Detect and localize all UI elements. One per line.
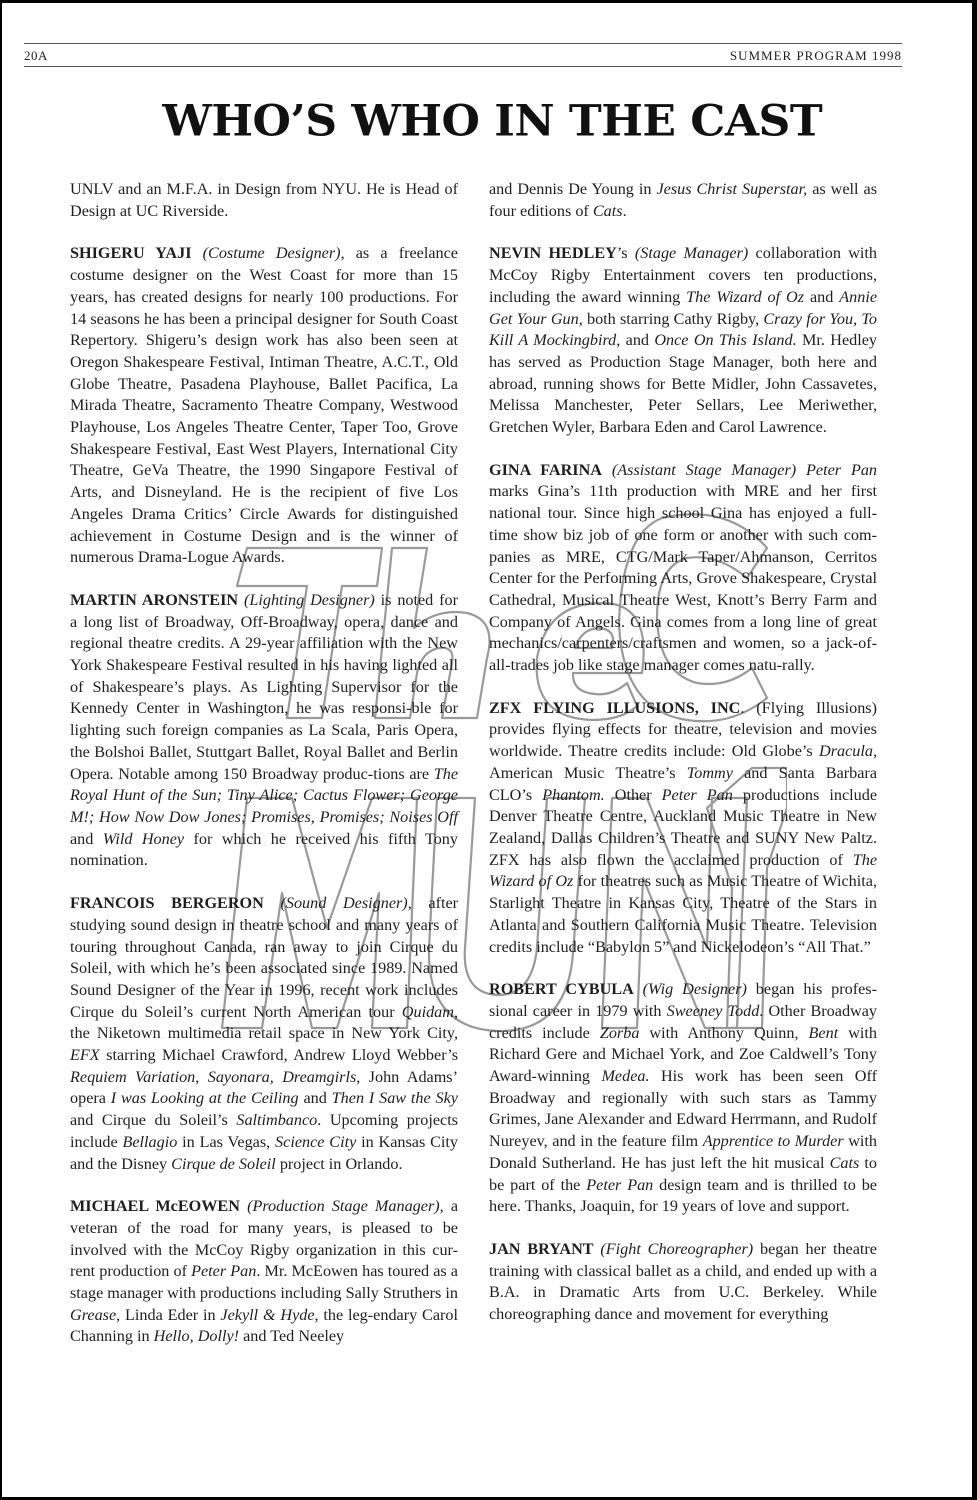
bio-martin-aronstein: MARTIN ARONSTEIN (Lighting Designer) is … — [70, 590, 458, 872]
bio-title-italic: I was Looking at the Ceiling — [111, 1089, 299, 1107]
bio-text: , both starring Cathy Rigby, — [579, 310, 764, 328]
bio-gina-farina: GINA FARINA (Assistant Stage Manager) Pe… — [489, 460, 877, 677]
bio-text: American Music Theatre’s — [489, 764, 687, 782]
bio-title-italic: Once On This Island. — [654, 331, 796, 349]
right-column: and Dennis De Young in Jesus Christ Supe… — [489, 179, 877, 1347]
bio-nevin-hedley: NEVIN HEDLEY’s (Stage Manager) collabora… — [489, 243, 877, 438]
bio-title-italic: Cirque de Soleil — [171, 1155, 276, 1173]
bio-role: (Lighting Designer) — [244, 591, 375, 609]
bio-role: . (Flying Illusions) — [740, 699, 877, 717]
bio-title-italic: Bellagio — [122, 1133, 177, 1151]
bio-shigeru-yaji: SHIGERU YAJI (Costume Designer), as a fr… — [70, 243, 458, 569]
bio-title-italic: Saltimbanco — [236, 1111, 317, 1129]
bio-name: ZFX FLYING ILLUSIONS, INC — [489, 699, 740, 717]
page-title: WHO’S WHO IN THE CAST — [0, 99, 977, 144]
bio-title-italic: Cats — [830, 1154, 860, 1172]
bio-robert-cybula: ROBERT CYBULA (Wig Designer) began his p… — [489, 979, 877, 1218]
bio-text: in Las Vegas, — [177, 1133, 275, 1151]
bio-name: MICHAEL McEOWEN — [70, 1197, 240, 1215]
bio-title-italic: Tommy — [687, 764, 733, 782]
bio-title-italic: Bent — [809, 1024, 839, 1042]
bio-role: (Wig Designer) — [643, 980, 747, 998]
bio-text: , and — [616, 331, 654, 349]
bio-role: (Stage Manager) — [635, 244, 748, 262]
bio-text: is noted for a long list of Broadway, Of… — [70, 591, 458, 783]
bio-text: marks Gina’s 11th production with MRE an… — [489, 482, 877, 674]
bio-text: and — [70, 830, 103, 848]
bio-name: GINA FARINA — [489, 461, 602, 479]
bio-title-italic: Peter Pan — [662, 786, 733, 804]
bio-text: , Linda Eder in — [116, 1306, 220, 1324]
bio-text — [796, 461, 806, 479]
bio-title-italic: Sayonara, Dreamgirls — [208, 1068, 357, 1086]
bio-text: , after studying sound design in theatre… — [70, 894, 458, 1021]
bio-name: ROBERT CYBULA — [489, 980, 634, 998]
program-page: 20A SUMMER PROGRAM 1998 WHO’S WHO IN THE… — [0, 0, 977, 1500]
bio-title-italic: Apprentice to Murder — [703, 1132, 844, 1150]
bio-title-italic: Quidam — [402, 1003, 454, 1021]
left-column: UNLV and an M.F.A. in Design from NYU. H… — [70, 179, 458, 1369]
bio-title-italic: Science City — [275, 1133, 356, 1151]
bio-text: and Cirque du Soleil’s — [70, 1111, 236, 1129]
bio-text: , as a freelance costume designer on the… — [70, 244, 458, 566]
bio-name: NEVIN HEDLEY — [489, 244, 617, 262]
bio-name: JAN BRYANT — [489, 1240, 594, 1258]
bio-name: FRANCOIS BERGERON — [70, 894, 264, 912]
bio-text: . — [623, 202, 627, 220]
bio-francois-bergeron: FRANCOIS BERGERON (Sound Designer), afte… — [70, 893, 458, 1175]
publication-title: SUMMER PROGRAM 1998 — [730, 48, 902, 64]
bio-title-italic: Zorba — [600, 1024, 640, 1042]
bio-jan-bryant: JAN BRYANT (Fight Choreographer) began h… — [489, 1239, 877, 1326]
bio-title-italic: Peter Pan — [191, 1262, 256, 1280]
bio-role: (Assistant Stage Manager) — [612, 461, 796, 479]
bio-text: and — [299, 1089, 332, 1107]
bio-title-italic: Then I Saw the Sky — [332, 1089, 458, 1107]
running-header: 20A SUMMER PROGRAM 1998 — [24, 43, 902, 67]
bio-title-italic: Sweeney Todd — [667, 1002, 760, 1020]
bio-title-italic: Jesus Christ Superstar, — [656, 180, 807, 198]
bio-title-italic: EFX — [70, 1046, 100, 1064]
bio-title-italic: Cats — [593, 202, 623, 220]
bio-text: UNLV and an M.F.A. in Design from NYU. H… — [70, 180, 458, 220]
bio-title-italic: Peter Pan — [586, 1176, 653, 1194]
bio-continued: and Dennis De Young in Jesus Christ Supe… — [489, 179, 877, 222]
bio-title-italic: Peter Pan — [806, 461, 877, 479]
bio-role: (Production Stage Manager), — [247, 1197, 444, 1215]
bio-name: MARTIN ARONSTEIN — [70, 591, 238, 609]
bio-role: (Costume Designer) — [203, 244, 341, 262]
bio-text: , — [195, 1068, 207, 1086]
bio-title-italic: Dracula, — [819, 742, 877, 760]
bio-title-italic: Wild Honey — [103, 830, 184, 848]
bio-text: and Dennis De Young in — [489, 180, 656, 198]
bio-continued: UNLV and an M.F.A. in Design from NYU. H… — [70, 179, 458, 222]
bio-michael-mceowen: MICHAEL McEOWEN (Production Stage Manage… — [70, 1196, 458, 1348]
bio-title-italic: Medea. — [601, 1067, 649, 1085]
bio-title-italic: Grease — [70, 1306, 116, 1324]
bio-text: project in Orlando. — [276, 1155, 403, 1173]
bio-name: SHIGERU YAJI — [70, 244, 192, 262]
bio-text: Other — [605, 786, 662, 804]
bio-text: starring Michael Crawford, Andrew Lloyd … — [100, 1046, 458, 1064]
bio-text: and — [804, 288, 839, 306]
bio-role: (Sound Designer) — [280, 894, 407, 912]
bio-title-italic: Requiem Variation — [70, 1068, 195, 1086]
bio-title-italic: Hello, Dolly! — [154, 1327, 239, 1345]
bio-text: and Ted Neeley — [239, 1327, 344, 1345]
bio-title-italic: Jekyll & Hyde — [220, 1306, 314, 1324]
bio-zfx-flying-illusions: ZFX FLYING ILLUSIONS, INC. (Flying Illus… — [489, 698, 877, 958]
bio-title-italic: Phantom. — [542, 786, 605, 804]
page-number: 20A — [24, 48, 48, 64]
bio-name-suffix: ’s — [617, 244, 628, 262]
bio-title-italic: The Wizard of Oz — [686, 288, 804, 306]
bio-text: with Anthony Quinn, — [639, 1024, 808, 1042]
bio-role: (Fight Choreographer) — [600, 1240, 753, 1258]
